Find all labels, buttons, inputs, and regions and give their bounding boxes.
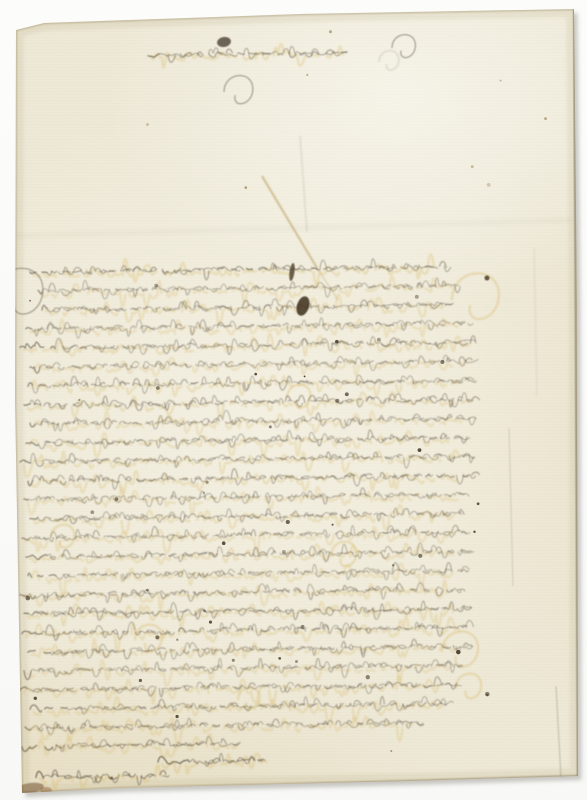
bleedthrough-ink-layer: [0, 0, 587, 800]
document-scan: 6-68-328: [0, 0, 587, 800]
manuscript-paper: 6-68-328: [0, 0, 587, 800]
crease-marks: [16, 136, 575, 778]
ochre-ghost-strokes: [24, 44, 499, 790]
stains-and-specks: [15, 30, 546, 795]
